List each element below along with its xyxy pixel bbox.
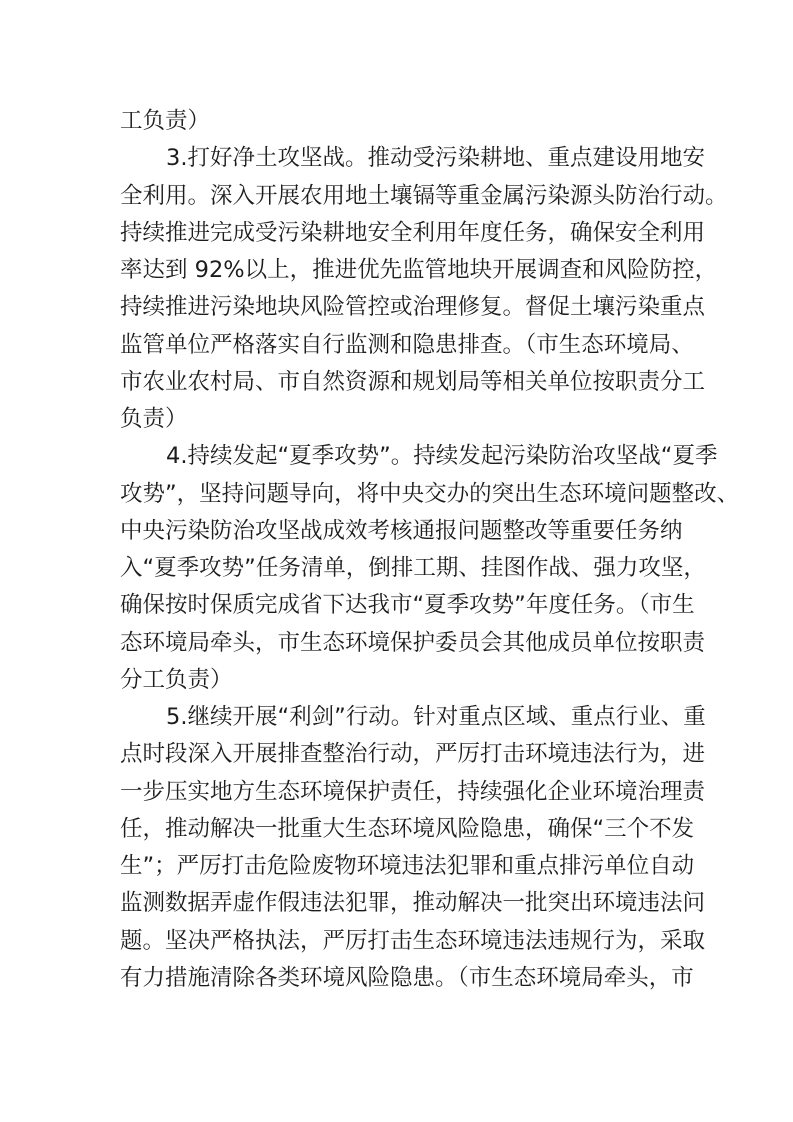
text-line: 题。坚决严格执法，严厉打击生态环境违法违规行为，采取	[120, 923, 680, 960]
paragraph-item-3: 3.打好净土攻坚战。推动受污染耕地、重点建设用地安 全利用。深入开展农用地土壤镉…	[120, 140, 680, 438]
document-page: 工负责） 3.打好净土攻坚战。推动受污染耕地、重点建设用地安 全利用。深入开展农…	[0, 0, 793, 1122]
text-line: 负责）	[120, 401, 680, 438]
text-line: 任，推动解决一批重大生态环境风险隐患，确保“三个不发	[120, 811, 680, 848]
text-line: 监管单位严格落实自行监测和隐患排查。（市生态环境局、	[120, 327, 680, 364]
text-line: 工负责）	[120, 103, 680, 140]
text-line-first: 5.继续开展“利剑”行动。针对重点区域、重点行业、重	[120, 699, 680, 736]
text-line: 生”；严厉打击危险废物环境违法犯罪和重点排污单位自动	[120, 848, 680, 885]
paragraph-item-4: 4.持续发起“夏季攻势”。持续发起污染防治攻坚战“夏季 攻势”，坚持问题导向，将…	[120, 438, 680, 699]
text-line: 点时段深入开展排查整治行动，严厉打击环境违法行为，进	[120, 736, 680, 773]
text-line: 有力措施清除各类环境风险隐患。（市生态环境局牵头，市	[120, 960, 680, 997]
text-line: 攻势”，坚持问题导向，将中央交办的突出生态环境问题整改、	[120, 476, 680, 513]
text-line: 中央污染防治攻坚战成效考核通报问题整改等重要任务纳	[120, 513, 680, 550]
paragraph-continuation: 工负责）	[120, 103, 680, 140]
text-line: 入“夏季攻势”任务清单，倒排工期、挂图作战、强力攻坚，	[120, 550, 680, 587]
text-line: 一步压实地方生态环境保护责任，持续强化企业环境治理责	[120, 774, 680, 811]
text-line-first: 4.持续发起“夏季攻势”。持续发起污染防治攻坚战“夏季	[120, 438, 680, 475]
text-line: 全利用。深入开展农用地土壤镉等重金属污染源头防治行动。	[120, 178, 680, 215]
text-line: 监测数据弄虚作假违法犯罪，推动解决一批突出环境违法问	[120, 885, 680, 922]
document-body: 工负责） 3.打好净土攻坚战。推动受污染耕地、重点建设用地安 全利用。深入开展农…	[120, 103, 680, 997]
text-line: 市农业农村局、市自然资源和规划局等相关单位按职责分工	[120, 364, 680, 401]
text-line: 态环境局牵头，市生态环境保护委员会其他成员单位按职责	[120, 625, 680, 662]
paragraph-item-5: 5.继续开展“利剑”行动。针对重点区域、重点行业、重 点时段深入开展排查整治行动…	[120, 699, 680, 997]
text-line-first: 3.打好净土攻坚战。推动受污染耕地、重点建设用地安	[120, 140, 680, 177]
text-line: 率达到 92%以上，推进优先监管地块开展调查和风险防控，	[120, 252, 680, 289]
text-line: 持续推进完成受污染耕地安全利用年度任务，确保安全利用	[120, 215, 680, 252]
text-line: 持续推进污染地块风险管控或治理修复。督促土壤污染重点	[120, 289, 680, 326]
text-line: 确保按时保质完成省下达我市“夏季攻势”年度任务。（市生	[120, 587, 680, 624]
text-line: 分工负责）	[120, 662, 680, 699]
